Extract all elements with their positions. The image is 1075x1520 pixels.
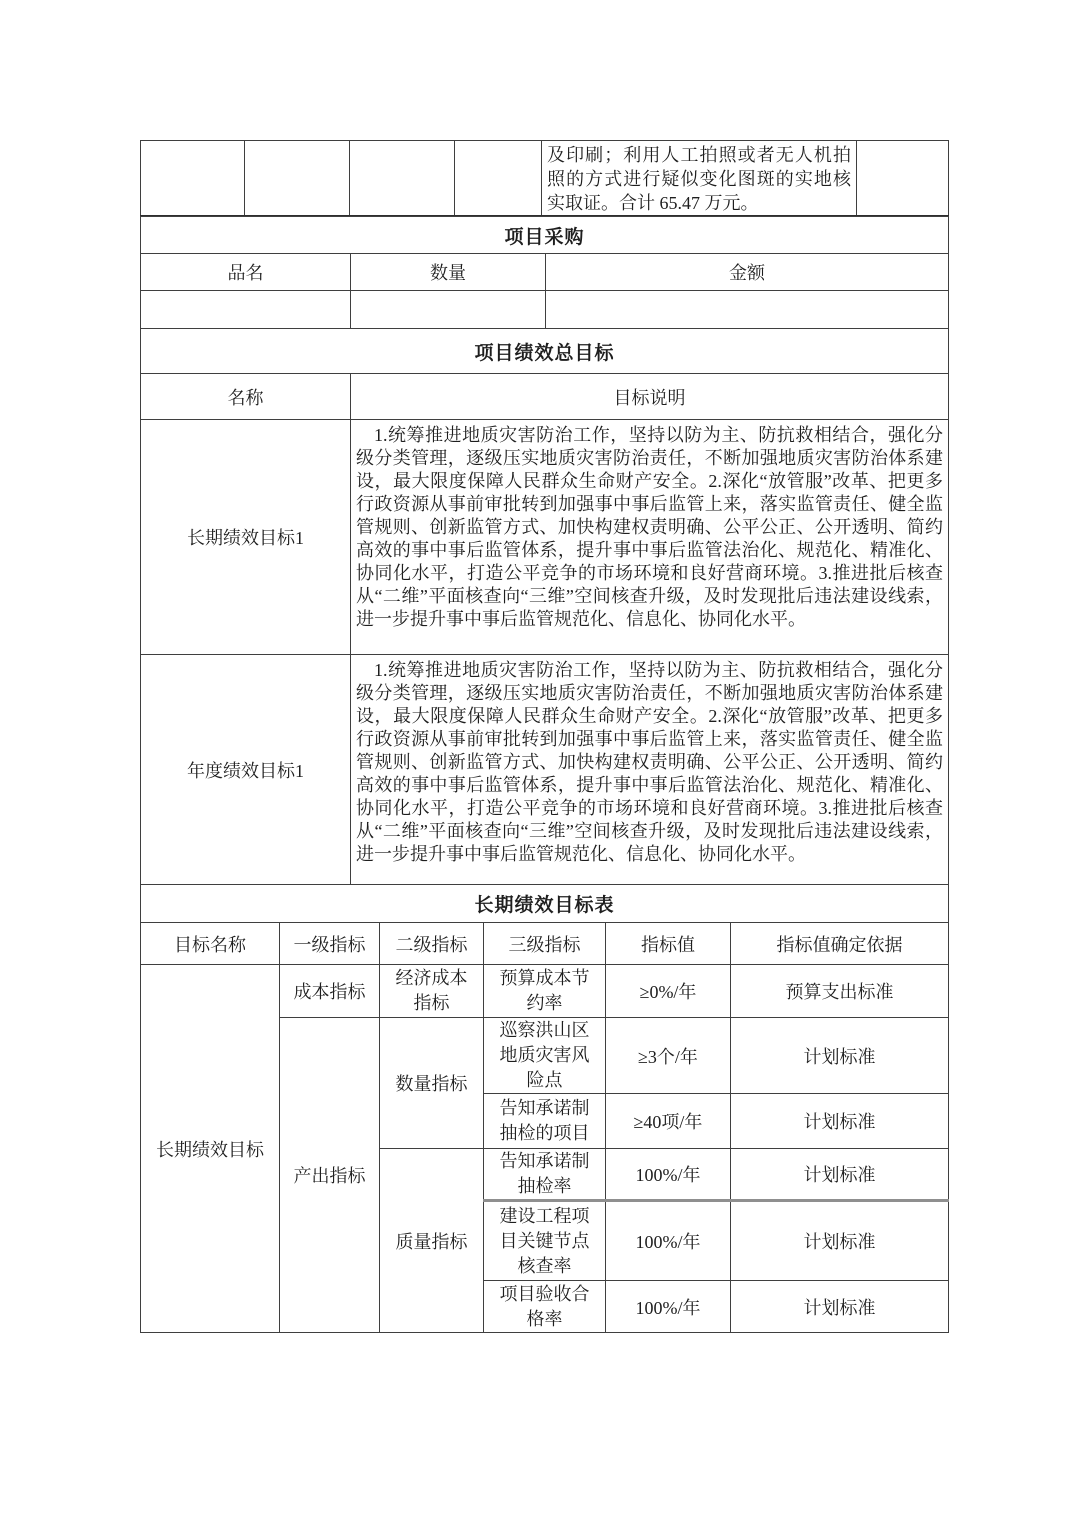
cell-value: 100%/年 (606, 1201, 731, 1281)
cell-level2: 经济成本指标 (380, 965, 484, 1018)
continuation-text-cell: 及印刷；利用人工拍照或者无人机拍照的方式进行疑似变化图斑的实地核实取证。合计 6… (542, 141, 857, 217)
document-table-area: 及印刷；利用人工拍照或者无人机拍照的方式进行疑似变化图斑的实地核实取证。合计 6… (140, 140, 948, 1333)
goal-desc-longterm: 1.统筹推进地质灾害防治工作，坚持以防为主、防抗救相结合，强化分级分类管理，逐级… (351, 420, 949, 655)
cell-level1: 产出指标 (280, 1018, 380, 1333)
table-row: 品名 数量 金额 (141, 254, 949, 291)
table-row: 及印刷；利用人工拍照或者无人机拍照的方式进行疑似变化图斑的实地核实取证。合计 6… (141, 141, 949, 217)
cell-value: ≥40项/年 (606, 1094, 731, 1149)
cell-basis: 计划标准 (731, 1018, 949, 1094)
table-row: 名称 目标说明 (141, 374, 949, 420)
empty-cell (350, 141, 455, 217)
cell-basis: 计划标准 (731, 1281, 949, 1333)
table-row: 项目采购 (141, 217, 949, 254)
column-header-goal-name: 名称 (141, 374, 351, 420)
goal-desc-text: 1.统筹推进地质灾害防治工作，坚持以防为主、防抗救相结合，强化分级分类管理，逐级… (356, 659, 943, 866)
cell-level2: 质量指标 (380, 1149, 484, 1333)
empty-cell (546, 291, 949, 329)
cell-level1: 成本指标 (280, 965, 380, 1018)
cell-level3: 巡察洪山区地质灾害风险点 (484, 1018, 606, 1094)
table-row (141, 291, 949, 329)
cell-basis: 计划标准 (731, 1149, 949, 1201)
cell-basis: 计划标准 (731, 1201, 949, 1281)
column-header-goal-desc: 目标说明 (351, 374, 949, 420)
goal-name-annual: 年度绩效目标1 (141, 655, 351, 885)
longterm-table-title: 长期绩效目标表 (141, 885, 949, 923)
empty-cell (857, 141, 949, 217)
column-header-value: 指标值 (606, 923, 731, 965)
column-header-qty: 数量 (351, 254, 546, 291)
empty-cell (141, 141, 245, 217)
cell-value: 100%/年 (606, 1281, 731, 1333)
goal-name-longterm: 长期绩效目标1 (141, 420, 351, 655)
cell-basis: 预算支出标准 (731, 965, 949, 1018)
table-row: 长期绩效目标表 (141, 885, 949, 923)
cell-basis: 计划标准 (731, 1094, 949, 1149)
column-header-basis: 指标值确定依据 (731, 923, 949, 965)
column-header-level2: 二级指标 (380, 923, 484, 965)
empty-cell (141, 291, 351, 329)
table-row: 目标名称 一级指标 二级指标 三级指标 指标值 指标值确定依据 (141, 923, 949, 965)
procurement-title: 项目采购 (141, 217, 949, 254)
overall-goals-title: 项目绩效总目标 (141, 329, 949, 374)
column-header-level1: 一级指标 (280, 923, 380, 965)
cell-value: ≥0%/年 (606, 965, 731, 1018)
cell-value: 100%/年 (606, 1149, 731, 1201)
cell-level3: 告知承诺制抽检率 (484, 1149, 606, 1201)
column-header-name: 品名 (141, 254, 351, 291)
cell-level3: 告知承诺制抽检的项目 (484, 1094, 606, 1149)
goal-desc-text: 1.统筹推进地质灾害防治工作，坚持以防为主、防抗救相结合，强化分级分类管理，逐级… (356, 424, 943, 631)
table-row: 项目绩效总目标 (141, 329, 949, 374)
continuation-text: 及印刷；利用人工拍照或者无人机拍照的方式进行疑似变化图斑的实地核实取证。合计 6… (547, 143, 851, 215)
cell-level3: 建设工程项目关键节点核查率 (484, 1201, 606, 1281)
cell-level3: 项目验收合格率 (484, 1281, 606, 1333)
table-row: 年度绩效目标1 1.统筹推进地质灾害防治工作，坚持以防为主、防抗救相结合，强化分… (141, 655, 949, 885)
empty-cell (455, 141, 542, 217)
table-row: 长期绩效目标 成本指标 经济成本指标 预算成本节约率 ≥0%/年 预算支出标准 (141, 965, 949, 1018)
cell-level3: 预算成本节约率 (484, 965, 606, 1018)
overall-goals-table: 项目绩效总目标 名称 目标说明 长期绩效目标1 1.统筹推进地质灾害防治工作，坚… (140, 328, 949, 885)
cell-level2: 数量指标 (380, 1018, 484, 1149)
empty-cell (351, 291, 546, 329)
longterm-indicators-table: 长期绩效目标表 目标名称 一级指标 二级指标 三级指标 指标值 指标值确定依据 … (140, 884, 949, 1333)
document-page: 及印刷；利用人工拍照或者无人机拍照的方式进行疑似变化图斑的实地核实取证。合计 6… (0, 0, 1075, 1520)
procurement-table: 项目采购 品名 数量 金额 (140, 216, 949, 329)
column-header-amount: 金额 (546, 254, 949, 291)
cell-value: ≥3个/年 (606, 1018, 731, 1094)
empty-cell (245, 141, 350, 217)
column-header-level3: 三级指标 (484, 923, 606, 965)
continuation-table: 及印刷；利用人工拍照或者无人机拍照的方式进行疑似变化图斑的实地核实取证。合计 6… (140, 140, 949, 217)
table-row: 长期绩效目标1 1.统筹推进地质灾害防治工作，坚持以防为主、防抗救相结合，强化分… (141, 420, 949, 655)
cell-goal-name: 长期绩效目标 (141, 965, 280, 1333)
column-header-target: 目标名称 (141, 923, 280, 965)
goal-desc-annual: 1.统筹推进地质灾害防治工作，坚持以防为主、防抗救相结合，强化分级分类管理，逐级… (351, 655, 949, 885)
